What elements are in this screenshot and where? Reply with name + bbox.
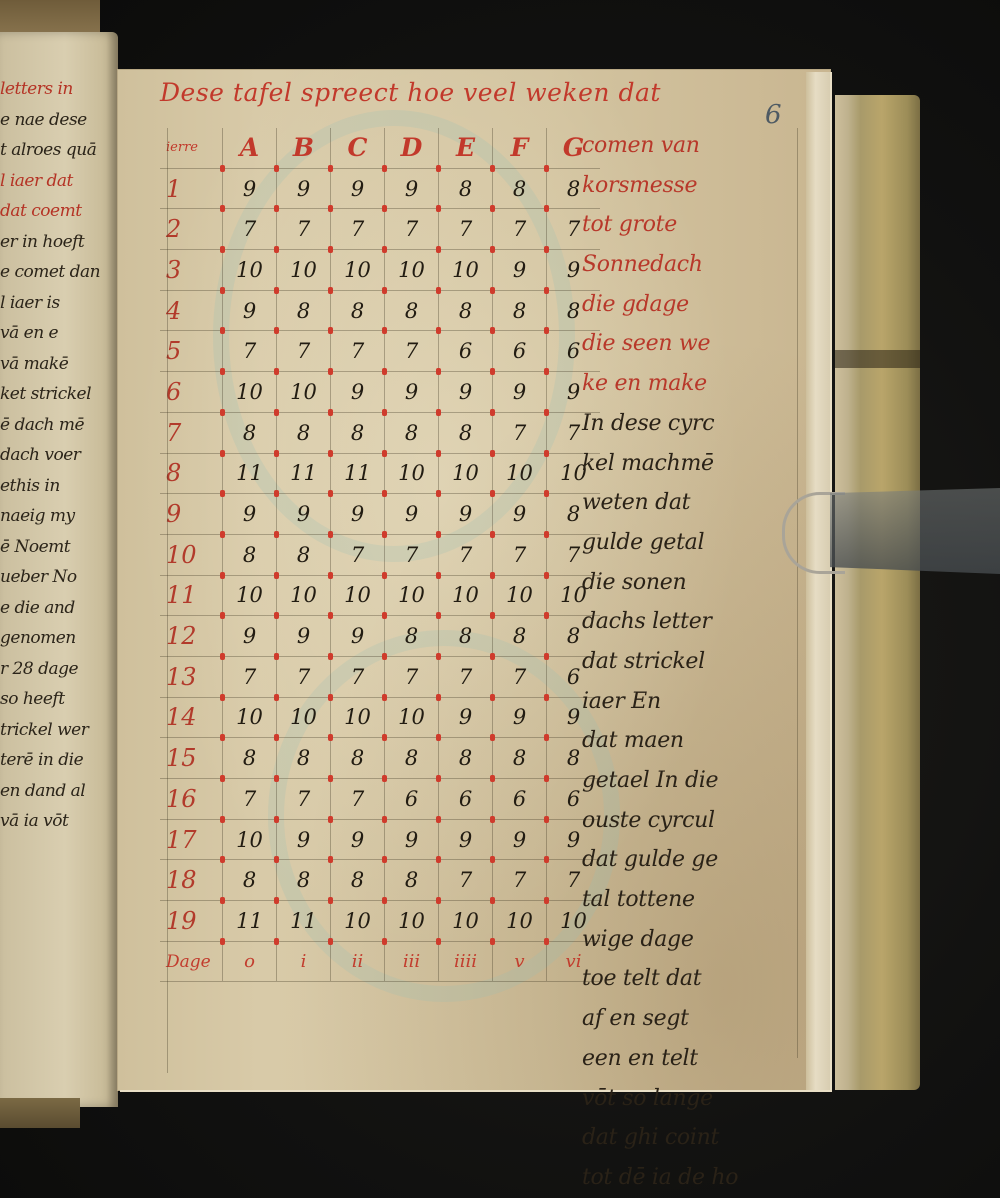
text-line: tot dē ia de ho [582, 1160, 797, 1198]
column-header: B [277, 128, 331, 168]
table-cell: 6 [493, 331, 547, 372]
row-label: 5 [160, 331, 223, 372]
table-cell: 8 [385, 412, 439, 453]
table-cell: 6 [439, 331, 493, 372]
table-cell: 8 [439, 738, 493, 779]
verso-line: e nae dese [0, 105, 112, 136]
table-cell: 7 [277, 331, 331, 372]
table-cell: 10 [493, 901, 547, 942]
verso-line: trickel wer [0, 715, 112, 746]
row-label: 3 [160, 250, 223, 291]
verso-line: dach voer [0, 440, 112, 471]
table-cell: 8 [331, 738, 385, 779]
dage-cell: iii [385, 941, 439, 982]
table-cell: 10 [385, 453, 439, 494]
table-cell: 10 [439, 250, 493, 291]
table-cell: 7 [493, 534, 547, 575]
text-line: kel machmē [582, 446, 797, 486]
table-cell: 8 [223, 738, 277, 779]
text-line: vōt so lange [582, 1081, 797, 1121]
table-row: 78888877 [160, 412, 600, 453]
text-line: korsmesse [582, 168, 797, 208]
table-cell: 10 [385, 250, 439, 291]
dage-cell: i [277, 941, 331, 982]
table-cell: 7 [493, 656, 547, 697]
edge-band [835, 350, 920, 368]
table-cell: 7 [331, 331, 385, 372]
table-cell: 9 [223, 616, 277, 657]
binding-bottom-left [0, 1098, 80, 1128]
row-label: 19 [160, 901, 223, 942]
table-cell: 9 [439, 819, 493, 860]
table-row: 1911111010101010 [160, 901, 600, 942]
table-cell: 10 [385, 901, 439, 942]
table-cell: 9 [331, 819, 385, 860]
table-cell: 9 [277, 494, 331, 535]
table-cell: 10 [493, 575, 547, 616]
text-line: dat strickel [582, 644, 797, 684]
row-label: 6 [160, 372, 223, 413]
table-cell: 7 [223, 656, 277, 697]
table-cell: 8 [493, 290, 547, 331]
verso-line: ethis in [0, 471, 112, 502]
table-cell: 7 [385, 209, 439, 250]
table-cell: 8 [385, 616, 439, 657]
text-line: ouste cyrcul [582, 803, 797, 843]
table-cell: 8 [223, 412, 277, 453]
table-cell: 7 [223, 209, 277, 250]
table-cell: 7 [331, 779, 385, 820]
table-row: 158888888 [160, 738, 600, 779]
table-cell: 9 [331, 168, 385, 209]
table-cell: 8 [439, 412, 493, 453]
table-cell: 11 [331, 453, 385, 494]
text-column: comen vankorsmessetot groteSonnedachdie … [582, 128, 797, 1198]
table-cell: 8 [385, 860, 439, 901]
text-line: die sonen [582, 565, 797, 605]
table-cell: 7 [493, 412, 547, 453]
table-row: 167776666 [160, 779, 600, 820]
verso-line: en dand al [0, 776, 112, 807]
dage-label: Dage [160, 941, 223, 982]
row-label: 1 [160, 168, 223, 209]
table-row: 57777666 [160, 331, 600, 372]
table-cell: 7 [277, 779, 331, 820]
table-cell: 10 [223, 819, 277, 860]
computus-table: ierreABCDEFG1999988827777777310101010109… [160, 128, 600, 982]
table-cell: 9 [493, 494, 547, 535]
verso-line: so heeft [0, 684, 112, 715]
verso-line: vā en e [0, 318, 112, 349]
verso-line: genomen [0, 623, 112, 654]
table-cell: 11 [277, 901, 331, 942]
row-label: 8 [160, 453, 223, 494]
table-cell: 7 [331, 656, 385, 697]
table-cell: 6 [385, 779, 439, 820]
verso-line: ē Noemt [0, 532, 112, 563]
table-cell: 6 [439, 779, 493, 820]
table-header-row: ierreABCDEFG [160, 128, 600, 168]
table-row: 108877777 [160, 534, 600, 575]
verso-text: letters ine nae deset alroes quāl iaer d… [0, 74, 112, 837]
verso-line: terē in die [0, 745, 112, 776]
table-cell: 9 [385, 168, 439, 209]
row-label: 13 [160, 656, 223, 697]
verso-line: vā makē [0, 349, 112, 380]
text-line: toe telt dat [582, 961, 797, 1001]
table-cell: 7 [331, 534, 385, 575]
table-cell: 10 [277, 250, 331, 291]
table-cell: 8 [493, 738, 547, 779]
row-label: 2 [160, 209, 223, 250]
dage-cell: v [493, 941, 547, 982]
table-cell: 10 [331, 575, 385, 616]
row-label: 4 [160, 290, 223, 331]
text-line: dachs letter [582, 604, 797, 644]
table-cell: 10 [223, 372, 277, 413]
table-cell: 9 [439, 494, 493, 535]
table-cell: 10 [277, 575, 331, 616]
dage-cell: ii [331, 941, 385, 982]
text-line: iaer En [582, 684, 797, 724]
frame-rule-right [797, 128, 798, 1058]
folio-number: 6 [765, 100, 782, 130]
table-cell: 8 [385, 738, 439, 779]
table-cell: 8 [385, 290, 439, 331]
verso-line: ueber No [0, 562, 112, 593]
text-line: tal tottene [582, 882, 797, 922]
table-cell: 9 [493, 819, 547, 860]
table-cell: 8 [277, 738, 331, 779]
table-row: 19999888 [160, 168, 600, 209]
table-cell: 10 [331, 697, 385, 738]
table-cell: 10 [223, 697, 277, 738]
verso-page: letters ine nae deset alroes quāl iaer d… [0, 32, 118, 1107]
table-cell: 11 [223, 901, 277, 942]
rubric-heading: Dese tafel spreect hoe veel weken dat [160, 78, 661, 107]
text-line: gulde getal [582, 525, 797, 565]
row-label: 15 [160, 738, 223, 779]
table-cell: 7 [439, 209, 493, 250]
table-cell: 7 [439, 860, 493, 901]
table-cell: 8 [277, 860, 331, 901]
text-line: dat maen [582, 723, 797, 763]
column-header: F [493, 128, 547, 168]
column-header: C [331, 128, 385, 168]
verso-line: letters in [0, 74, 112, 105]
table-cell: 9 [277, 819, 331, 860]
text-line: wige dage [582, 922, 797, 962]
dage-row: Dageoiiiiiiiiiivvi [160, 941, 600, 982]
table-row: 811111110101010 [160, 453, 600, 494]
row-label: 16 [160, 779, 223, 820]
table-cell: 9 [277, 616, 331, 657]
table-cell: 10 [385, 697, 439, 738]
table-cell: 8 [493, 616, 547, 657]
table-row: 129998888 [160, 616, 600, 657]
column-header: E [439, 128, 493, 168]
table-cell: 9 [385, 494, 439, 535]
text-line: weten dat [582, 485, 797, 525]
table-cell: 8 [277, 534, 331, 575]
table-cell: 8 [331, 290, 385, 331]
table-cell: 10 [331, 250, 385, 291]
text-line: In dese cyrc [582, 406, 797, 446]
text-line: comen van [582, 128, 797, 168]
verso-line: l iaer dat [0, 166, 112, 197]
clip-plate [830, 488, 1000, 574]
verso-line: t alroes quā [0, 135, 112, 166]
table-cell: 7 [493, 860, 547, 901]
table-row: 1410101010999 [160, 697, 600, 738]
row-label: 17 [160, 819, 223, 860]
column-header: D [385, 128, 439, 168]
column-header: A [223, 128, 277, 168]
table-cell: 7 [277, 209, 331, 250]
table-cell: 9 [493, 372, 547, 413]
verso-line: er in hoeft [0, 227, 112, 258]
row-label: 10 [160, 534, 223, 575]
table-cell: 7 [493, 209, 547, 250]
row-label: 11 [160, 575, 223, 616]
text-line: tot grote [582, 207, 797, 247]
text-line: getael In die [582, 763, 797, 803]
table-row: 49888888 [160, 290, 600, 331]
table-cell: 8 [493, 168, 547, 209]
table-cell: 8 [331, 412, 385, 453]
table-cell: 10 [223, 575, 277, 616]
table-cell: 9 [493, 250, 547, 291]
text-line: ke en make [582, 366, 797, 406]
table-cell: 8 [277, 412, 331, 453]
verso-line: vā ia vōt [0, 806, 112, 837]
table-cell: 10 [439, 901, 493, 942]
row-label: 14 [160, 697, 223, 738]
table-cell: 10 [223, 250, 277, 291]
book-fore-edge [835, 95, 920, 1090]
table-cell: 10 [277, 372, 331, 413]
table-cell: 7 [385, 656, 439, 697]
text-line: dat ghi coint [582, 1120, 797, 1160]
table-cell: 10 [331, 901, 385, 942]
text-line: dat gulde ge [582, 842, 797, 882]
verso-line: l iaer is [0, 288, 112, 319]
table-cell: 8 [277, 290, 331, 331]
table-cell: 7 [331, 209, 385, 250]
table-cell: 7 [223, 331, 277, 372]
table-cell: 10 [439, 453, 493, 494]
table-cell: 11 [277, 453, 331, 494]
text-line: Sonnedach [582, 247, 797, 287]
table-cell: 11 [223, 453, 277, 494]
table-cell: 7 [439, 534, 493, 575]
row-label: 9 [160, 494, 223, 535]
table-row: 3101010101099 [160, 250, 600, 291]
table-cell: 8 [439, 168, 493, 209]
table-cell: 7 [223, 779, 277, 820]
table-cell: 9 [223, 168, 277, 209]
table-cell: 8 [223, 860, 277, 901]
text-line: die seen we [582, 326, 797, 366]
table-cell: 9 [385, 372, 439, 413]
table-cell: 7 [385, 331, 439, 372]
table-cell: 7 [277, 656, 331, 697]
verso-line: dat coemt [0, 196, 112, 227]
recto-page-edge [806, 72, 830, 1090]
text-line: die gdage [582, 287, 797, 327]
table-cell: 9 [331, 372, 385, 413]
verso-line: ē dach mē [0, 410, 112, 441]
table-row: 137777776 [160, 656, 600, 697]
text-line: een en telt [582, 1041, 797, 1081]
frame-rule-left [167, 128, 168, 1073]
table-row: 27777777 [160, 209, 600, 250]
table-cell: 8 [439, 290, 493, 331]
table-cell: 9 [385, 819, 439, 860]
table-row: 6101099999 [160, 372, 600, 413]
corner-label: ierre [160, 128, 223, 168]
verso-line: ket strickel [0, 379, 112, 410]
table-cell: 9 [331, 616, 385, 657]
table-cell: 9 [223, 290, 277, 331]
row-label: 12 [160, 616, 223, 657]
verso-line: r 28 dage [0, 654, 112, 685]
verso-line: e comet dan [0, 257, 112, 288]
table-row: 1110101010101010 [160, 575, 600, 616]
table-cell: 7 [385, 534, 439, 575]
table-cell: 9 [331, 494, 385, 535]
dage-cell: o [223, 941, 277, 982]
dage-cell: iiii [439, 941, 493, 982]
table-cell: 6 [493, 779, 547, 820]
table-cell: 9 [493, 697, 547, 738]
table-cell: 10 [493, 453, 547, 494]
table-cell: 8 [439, 616, 493, 657]
table-cell: 9 [277, 168, 331, 209]
table-cell: 10 [385, 575, 439, 616]
page-clip [782, 488, 1000, 574]
table-cell: 7 [439, 656, 493, 697]
table-cell: 8 [223, 534, 277, 575]
text-line: af en segt [582, 1001, 797, 1041]
table-row: 99999998 [160, 494, 600, 535]
table-cell: 9 [439, 372, 493, 413]
table-cell: 9 [223, 494, 277, 535]
table-row: 188888777 [160, 860, 600, 901]
verso-line: e die and [0, 593, 112, 624]
table-cell: 10 [439, 575, 493, 616]
row-label: 7 [160, 412, 223, 453]
table-row: 1710999999 [160, 819, 600, 860]
row-label: 18 [160, 860, 223, 901]
table-cell: 9 [439, 697, 493, 738]
table-cell: 8 [331, 860, 385, 901]
verso-line: naeig my [0, 501, 112, 532]
table-cell: 10 [277, 697, 331, 738]
